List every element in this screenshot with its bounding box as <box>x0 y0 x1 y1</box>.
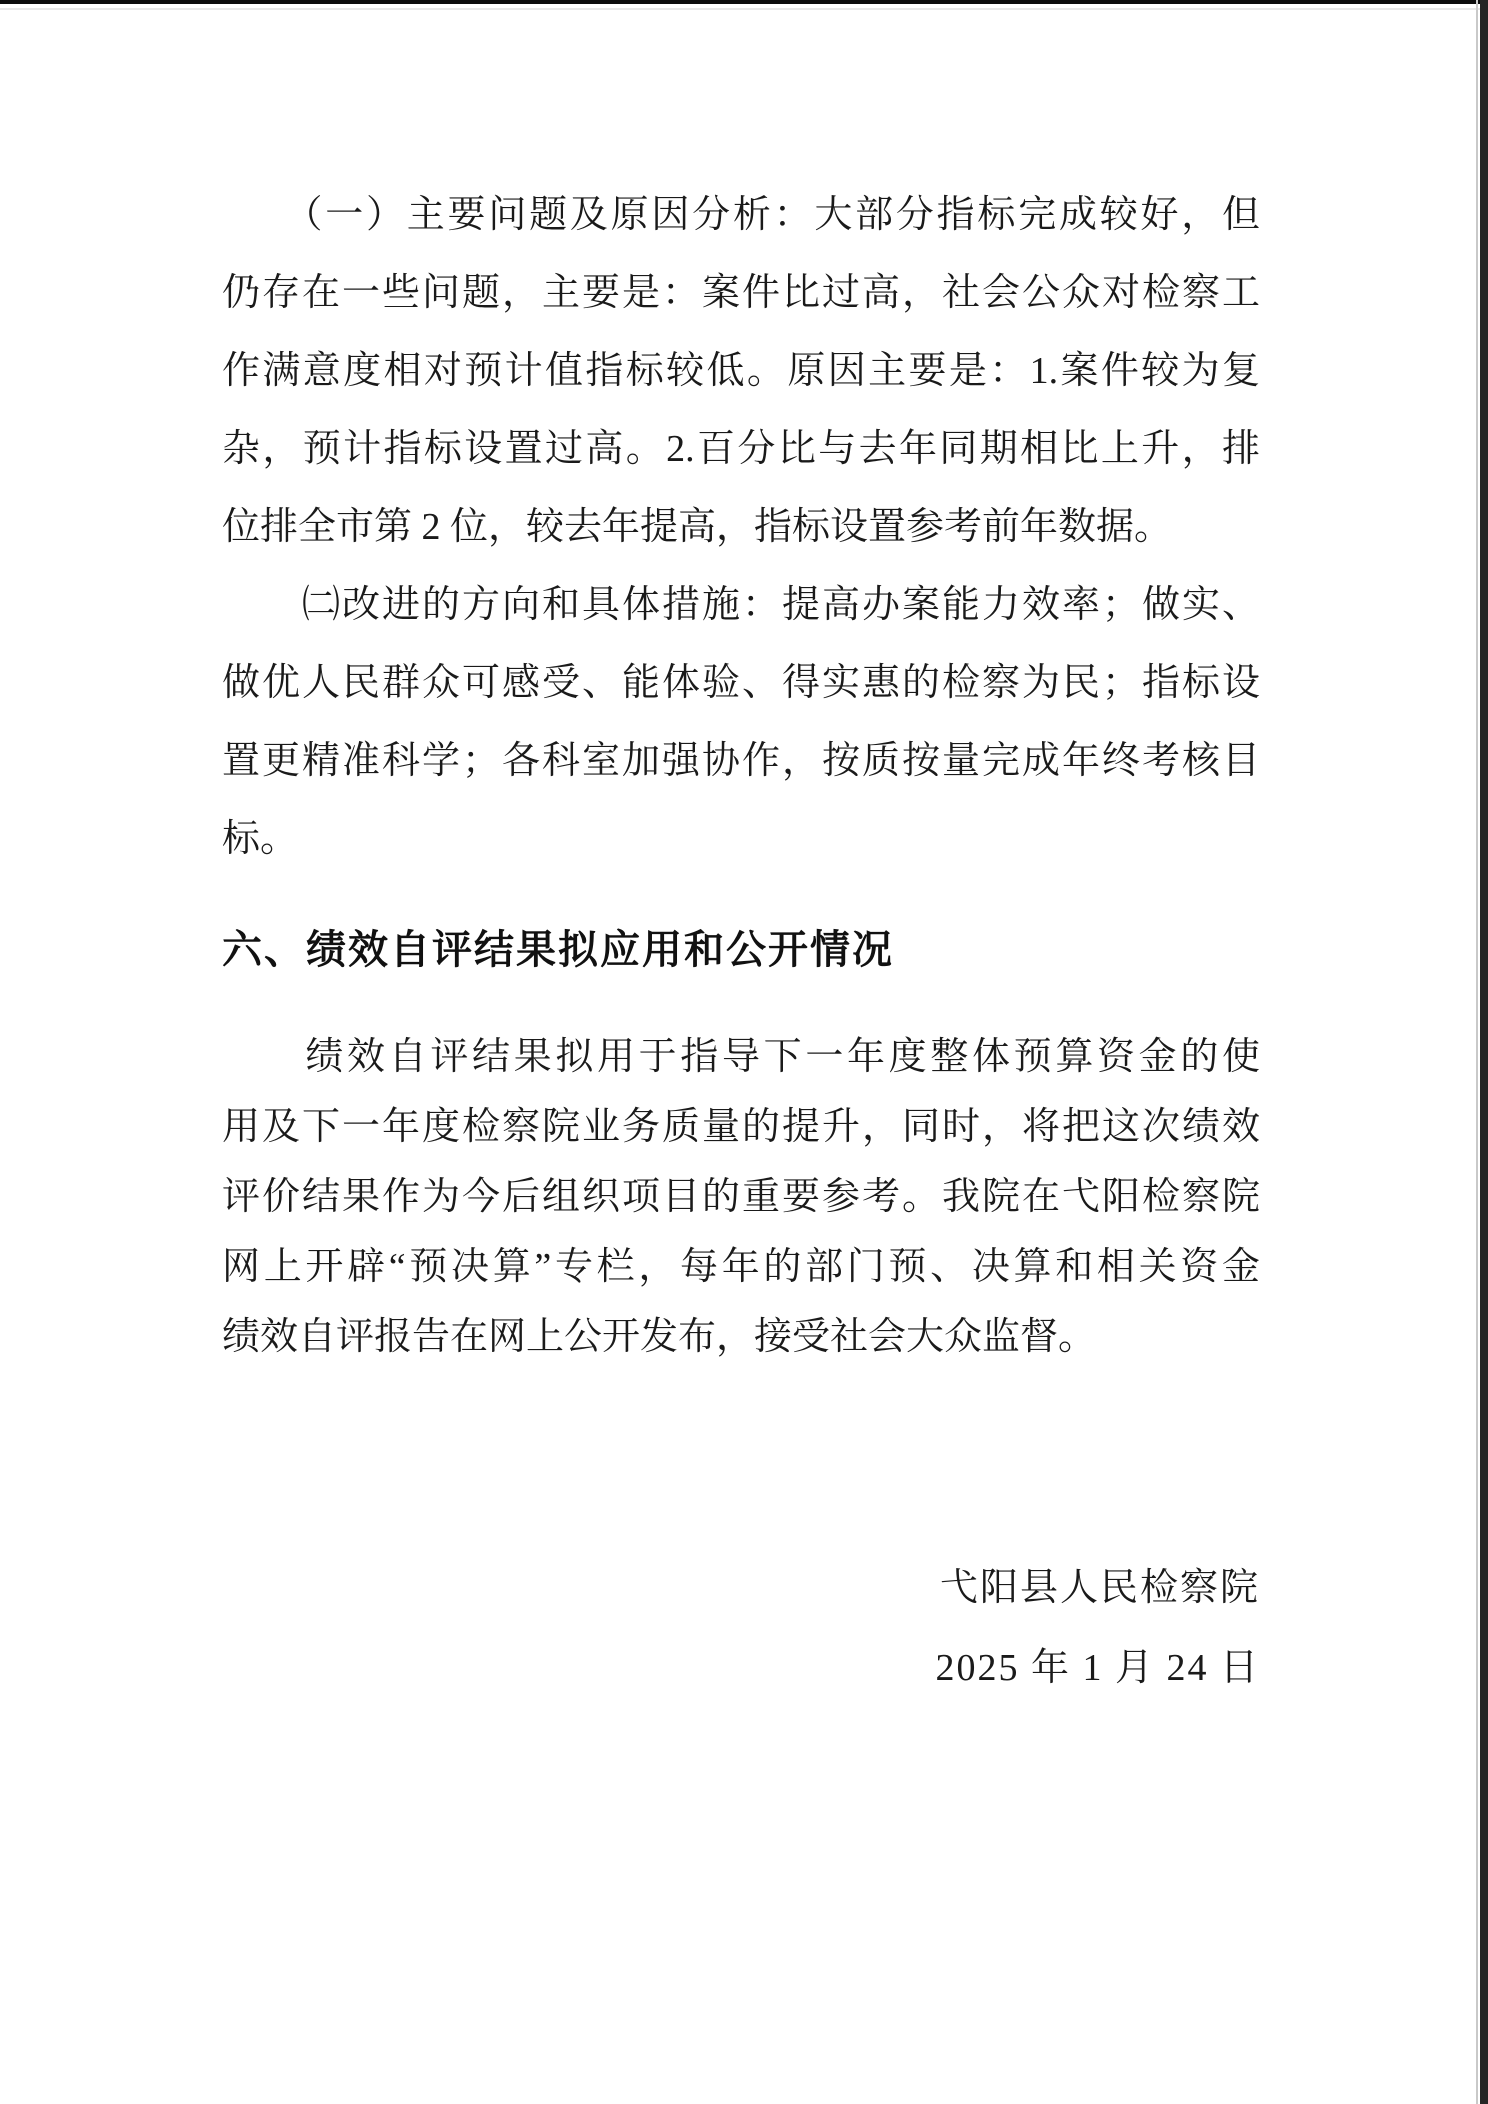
paragraph-problems-analysis: （一）主要问题及原因分析：大部分指标完成较好，但 仍存在一些问题，主要是：案件比… <box>222 176 1260 566</box>
section-heading: 六、绩效自评结果拟应用和公开情况 <box>222 911 1260 989</box>
signature-block: 弋阳县人民检察院 2025 年 1 月 24 日 <box>222 1548 1260 1708</box>
document-body: （一）主要问题及原因分析：大部分指标完成较好，但 仍存在一些问题，主要是：案件比… <box>222 176 1260 1708</box>
document-page: （一）主要问题及原因分析：大部分指标完成较好，但 仍存在一些问题，主要是：案件比… <box>0 0 1488 2104</box>
text-line: 绩效自评报告在网上公开发布，接受社会大众监督。 <box>222 1302 1260 1372</box>
scan-edge-top <box>0 0 1488 4</box>
text-line: 评价结果作为今后组织项目的重要参考。我院在弋阳检察院 <box>222 1162 1260 1232</box>
signature-org-name: 弋阳县人民检察院 <box>222 1548 1260 1628</box>
paragraph-results-application: 绩效自评结果拟用于指导下一年度整体预算资金的使 用及下一年度检察院业务质量的提升… <box>222 1022 1260 1372</box>
scan-edge-right <box>1480 0 1488 2104</box>
text-line: 网上开辟“预决算”专栏，每年的部门预、决算和相关资金 <box>222 1232 1260 1302</box>
text-line: 用及下一年度检察院业务质量的提升，同时，将把这次绩效 <box>222 1092 1260 1162</box>
signature-date: 2025 年 1 月 24 日 <box>222 1628 1260 1708</box>
scan-edge-right-line <box>1476 0 1478 2104</box>
text-line: 做优人民群众可感受、能体验、得实惠的检察为民；指标设 <box>222 644 1260 722</box>
text-line: 标。 <box>222 800 1260 878</box>
text-line: 仍存在一些问题，主要是：案件比过高，社会公众对检察工 <box>222 254 1260 332</box>
text-line: 杂，预计指标设置过高。2.百分比与去年同期相比上升，排 <box>222 410 1260 488</box>
text-line: 置更精准科学；各科室加强协作，按质按量完成年终考核目 <box>222 722 1260 800</box>
text-line: （一）主要问题及原因分析：大部分指标完成较好，但 <box>222 176 1260 254</box>
text-line: ㈡改进的方向和具体措施：提高办案能力效率；做实、 <box>222 566 1260 644</box>
text-line: 位排全市第 2 位，较去年提高，指标设置参考前年数据。 <box>222 488 1260 566</box>
text-line: 作满意度相对预计值指标较低。原因主要是：1.案件较为复 <box>222 332 1260 410</box>
paragraph-improvement-measures: ㈡改进的方向和具体措施：提高办案能力效率；做实、 做优人民群众可感受、能体验、得… <box>222 566 1260 878</box>
scan-edge-top-line <box>0 8 1488 10</box>
text-line: 绩效自评结果拟用于指导下一年度整体预算资金的使 <box>222 1022 1260 1092</box>
